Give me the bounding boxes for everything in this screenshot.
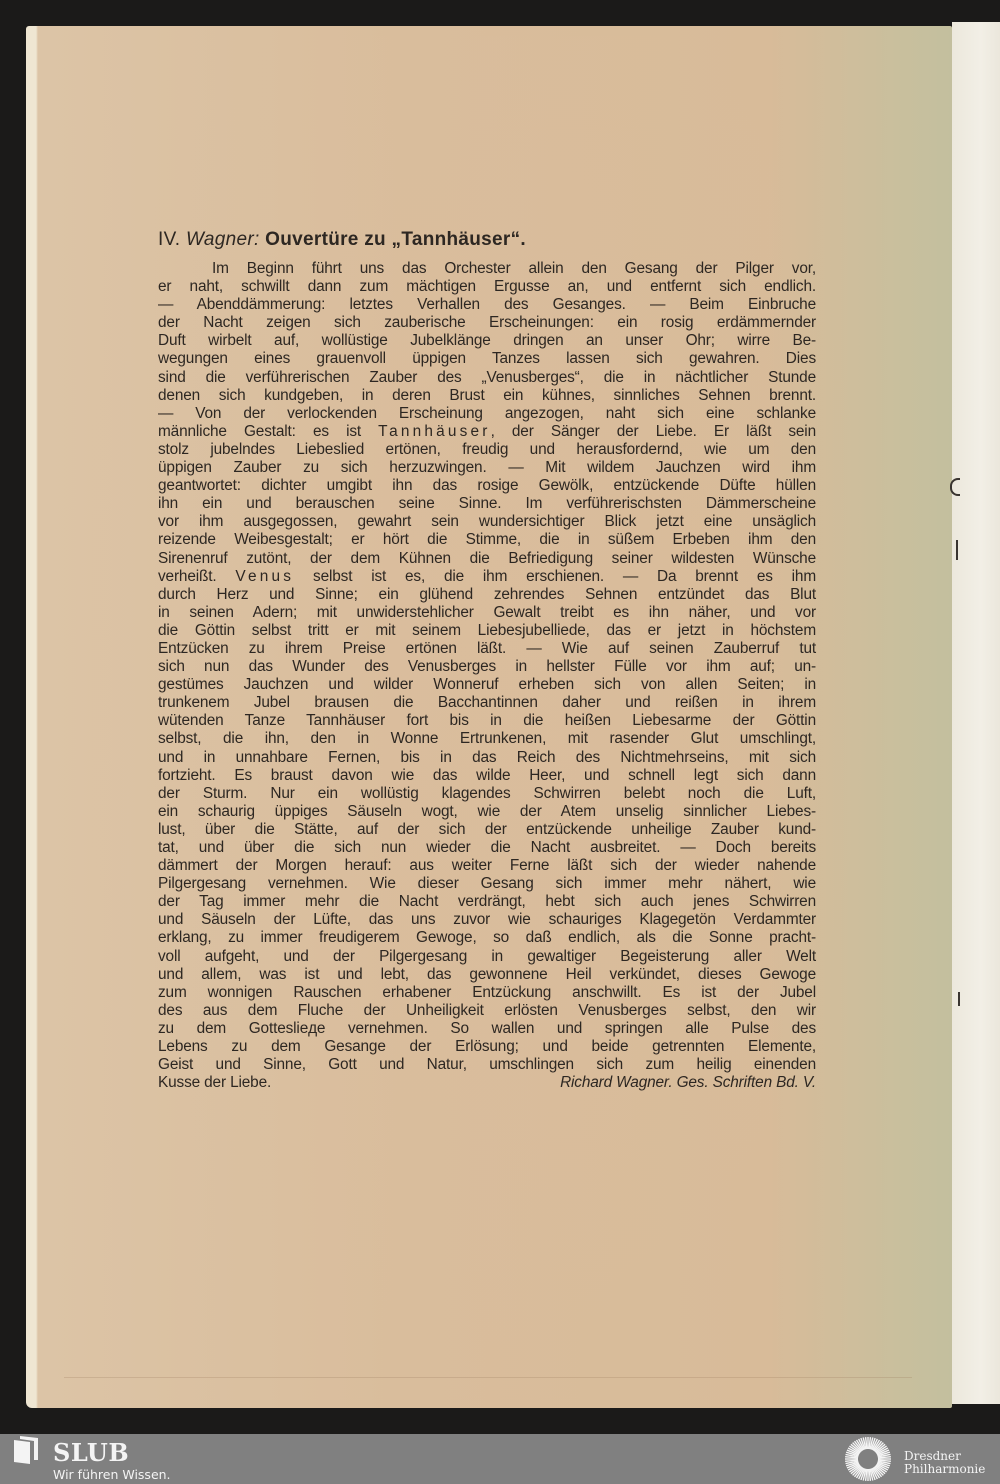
text-line: lust, über die Stätte, auf der sich der … bbox=[158, 821, 816, 839]
text-line: sind die verführerischen Zauber des „Ven… bbox=[158, 369, 816, 387]
text-line: tat, und über die sich nun wieder die Na… bbox=[158, 839, 816, 857]
text-line: männliche Gestalt: es ist Tannhäuser, de… bbox=[158, 423, 816, 441]
text-line: geantwortet: dichter umgibt ihn das rosi… bbox=[158, 477, 816, 495]
page-fold-line bbox=[64, 1377, 912, 1378]
text-line: sich nun das Wunder des Venusberges in h… bbox=[158, 658, 816, 676]
body-text: Im Beginn führt uns das Orchester allein… bbox=[158, 260, 816, 1074]
text-line: stolz jubelndes Liebeslied ertönen, freu… bbox=[158, 441, 816, 459]
text-line: selbst, die ihn, den in Wonne Ertrunkene… bbox=[158, 730, 816, 748]
text-line: des aus dem Fluche der Unheiligkeit erlö… bbox=[158, 1002, 816, 1020]
text-line: voll aufgeht, und der Pilgergesang in ge… bbox=[158, 948, 816, 966]
text-line: — Von der verlockenden Erscheinung angez… bbox=[158, 405, 816, 423]
slub-tagline: Wir führen Wissen. bbox=[53, 1467, 171, 1482]
text-line: Pilgergesang vernehmen. Wie dieser Gesan… bbox=[158, 875, 816, 893]
text-line: Sirenenruf zutönt, der dem Kühnen die Be… bbox=[158, 550, 816, 568]
text-line: reizende Weibesgestalt; er hört die Stim… bbox=[158, 531, 816, 549]
text-line: üppigen Zauber zu sich herzuzwingen. — M… bbox=[158, 459, 816, 477]
text-line: und in unnahbare Fernen, bis in das Reic… bbox=[158, 749, 816, 767]
text-line: Geist und Sinne, Gott und Natur, umschli… bbox=[158, 1056, 816, 1074]
text-line: zum wonnigen Rauschen erhabener Entzücku… bbox=[158, 984, 816, 1002]
text-line: Entzücken zu ihrem Preise ertönen läßt. … bbox=[158, 640, 816, 658]
source-citation: Richard Wagner. Ges. Schriften Bd. V. bbox=[560, 1074, 816, 1092]
text-line: wegungen eines grauenvoll üppigen Tanzes… bbox=[158, 350, 816, 368]
text-line: fortzieht. Es braust davon wie das wilde… bbox=[158, 767, 816, 785]
slub-logo-icon[interactable] bbox=[14, 1436, 40, 1466]
text-line: erklang, zu immer freudigerem Gewoge, so… bbox=[158, 929, 816, 947]
text-line: er naht, schwillt dann zum mächtigen Erg… bbox=[158, 278, 816, 296]
adjacent-page-edge bbox=[952, 22, 1000, 1404]
dresdner-philharmonie-name[interactable]: Dresdner Philharmonie bbox=[904, 1450, 985, 1476]
text-line: zu dem Gotteslieде vernehmen. So wallen … bbox=[158, 1020, 816, 1038]
work-title: Ouvertüre zu „Tannhäuser“. bbox=[265, 229, 526, 250]
dresdner-philharmonie-logo-icon[interactable] bbox=[842, 1435, 894, 1483]
text-line: in seinen Adern; mit unwiderstehlicher G… bbox=[158, 604, 816, 622]
binding-mark bbox=[950, 478, 960, 496]
binding-mark bbox=[958, 992, 960, 1006]
slub-brand-name[interactable]: SLUB bbox=[53, 1438, 129, 1467]
text-line: trunkenem Jubel brausen die Bacchantinne… bbox=[158, 694, 816, 712]
emphasized-name: Venus bbox=[235, 568, 294, 585]
text-line: gestümes Jauchzen und wilder Wonneruf er… bbox=[158, 676, 816, 694]
text-line: die Göttin selbst tritt er mit seinem Li… bbox=[158, 622, 816, 640]
binding-mark bbox=[956, 540, 958, 560]
text-line: durch Herz und Sinne; ein glühend zehren… bbox=[158, 586, 816, 604]
text-line: vor ihm ausgegossen, gewahrt sein wunder… bbox=[158, 513, 816, 531]
text-line: und Säuseln der Lüfte, das uns zuvor wie… bbox=[158, 911, 816, 929]
section-heading: IV. Wagner: Ouvertüre zu „Tannhäuser“. bbox=[158, 229, 816, 251]
text-line: der Tag immer mehr die Nacht verdrängt, … bbox=[158, 893, 816, 911]
text-line: verheißt. Venus selbst ist es, die ihm e… bbox=[158, 568, 816, 586]
text-line: der Sturm. Nur ein wollüstig klagendes S… bbox=[158, 785, 816, 803]
text-line: Duft wirbelt auf, wollüstige Jubelklänge… bbox=[158, 332, 816, 350]
closing-phrase: Kusse der Liebe. bbox=[158, 1074, 271, 1092]
text-line-last: Kusse der Liebe. Richard Wagner. Ges. Sc… bbox=[158, 1074, 816, 1092]
text-line: und allem, was ist und lebt, das gewonne… bbox=[158, 966, 816, 984]
emphasized-name: Tannhäuser bbox=[378, 423, 490, 440]
text-line: ihn ein und berauschen seine Sinne. Im v… bbox=[158, 495, 816, 513]
text-line: der Nacht zeigen sich zauberische Ersche… bbox=[158, 314, 816, 332]
text-line: ein schaurig üppiges Säuseln wogt, wie d… bbox=[158, 803, 816, 821]
text-line: denen sich kundgeben, in deren Brust ein… bbox=[158, 387, 816, 405]
program-note: IV. Wagner: Ouvertüre zu „Tannhäuser“. I… bbox=[158, 229, 816, 1092]
composer-name: Wagner: bbox=[186, 229, 260, 250]
text-line: Lebens zu dem Gesange der Erlösung; und … bbox=[158, 1038, 816, 1056]
section-number: IV. bbox=[158, 229, 180, 250]
text-line: wütenden Tanze Tannhäuser fort bis in di… bbox=[158, 712, 816, 730]
text-line: dämmert der Morgen herauf: aus weiter Fe… bbox=[158, 857, 816, 875]
text-line: Im Beginn führt uns das Orchester allein… bbox=[158, 260, 816, 278]
text-line: — Abenddämmerung: letztes Verhallen des … bbox=[158, 296, 816, 314]
